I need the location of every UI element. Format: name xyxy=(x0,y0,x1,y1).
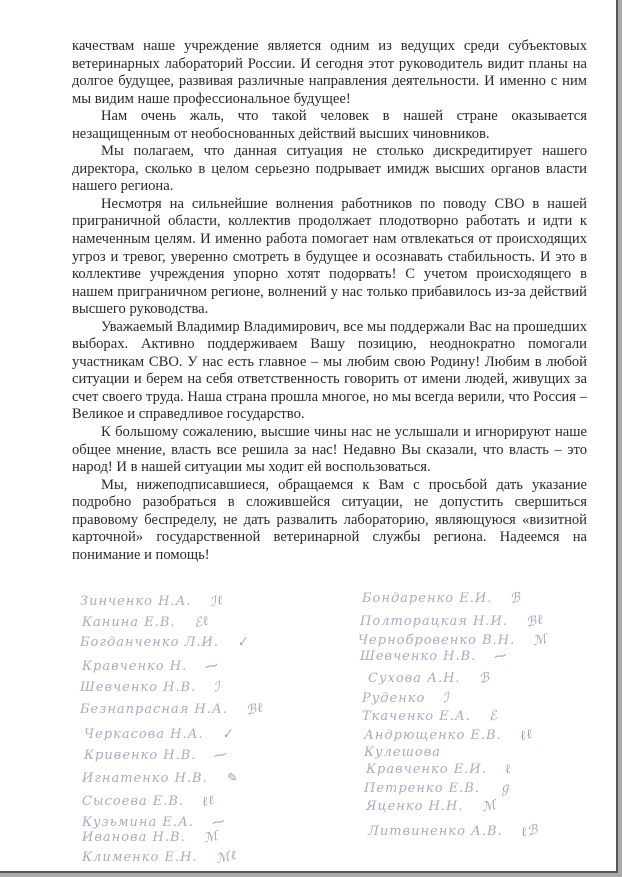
signature-line: Зинченко Н.А.ℐℓ xyxy=(80,593,223,609)
signature-line: Петренко Е.В.ℊ xyxy=(364,777,512,796)
paragraph-1: качествам наше учреждение является одним… xyxy=(72,38,587,108)
paragraph-2: Нам очень жаль, что такой человек в наше… xyxy=(72,108,587,143)
signature-line: Сысоева Е.В.ℓℓ xyxy=(82,793,215,809)
paragraph-4: Несмотря на сильнейшие волнения работник… xyxy=(72,196,587,319)
signature-line: Сухова А.Н.ℬ xyxy=(368,671,490,686)
signature-line: Ткаченко Е.А.ℰ xyxy=(362,709,498,724)
scanned-page: качествам наше учреждение является одним… xyxy=(0,0,618,873)
signature-line: Безнапрасная Н.А.ℬℓ xyxy=(80,701,264,717)
paragraph-5: Уважаемый Владимир Владимирович, все мы … xyxy=(72,319,587,424)
signature-line: Кривенко Н.В.⁓ xyxy=(84,748,228,763)
signature-line: Иванова Н.В.ℳ xyxy=(82,830,219,845)
signature-line: Руденкоℐ xyxy=(362,691,450,706)
signature-line: Литвиненко А.В.ℓℬ xyxy=(368,823,538,839)
signature-line: Кулешова xyxy=(364,745,441,760)
signature-line: Кравченко Е.И.ℓ xyxy=(366,761,511,777)
signature-line: Полторацкая Н.И.ℬℓ xyxy=(360,613,544,629)
signature-line: Шевченко Н.В.⁓ xyxy=(360,649,508,664)
signature-line: Канина Е.В.ℰℓ xyxy=(82,614,209,630)
signature-line: Шевченко Н.В.ℐ xyxy=(80,680,221,695)
paragraph-7: Мы, нижеподписавшиеся, обращаемся к Вам … xyxy=(72,477,587,565)
signature-line: Кузьмина Е.А.⁓ xyxy=(82,815,226,830)
signature-line: Богданченко Л.И.✓ xyxy=(80,635,249,650)
signature-line: Черкасова Н.А.✓ xyxy=(84,727,234,742)
signature-line: Игнатенко Н.В.✎ xyxy=(82,771,238,786)
signature-line: Яценко Н.Н.ℳ xyxy=(366,799,496,814)
signature-line: Кравченко Н.⁓ xyxy=(82,659,219,674)
paragraph-6: К большому сожалению, высшие чины нас не… xyxy=(72,424,587,477)
signature-line: Бондаренко Е.И.ℬ xyxy=(362,591,522,606)
signature-line: Клименко Е.Н.ℳℓ xyxy=(82,849,237,865)
letter-body: качествам наше учреждение является одним… xyxy=(72,38,587,564)
signature-line: Андрющенко Е.В.ℓℓ xyxy=(364,727,533,743)
signature-line: Чернобровенко В.Н.ℳ xyxy=(358,633,548,648)
paragraph-3: Мы полагаем, что данная ситуация не стол… xyxy=(72,143,587,196)
signatures-area: Зинченко Н.А.ℐℓ Канина Е.В.ℰℓ Богданченк… xyxy=(60,585,610,870)
